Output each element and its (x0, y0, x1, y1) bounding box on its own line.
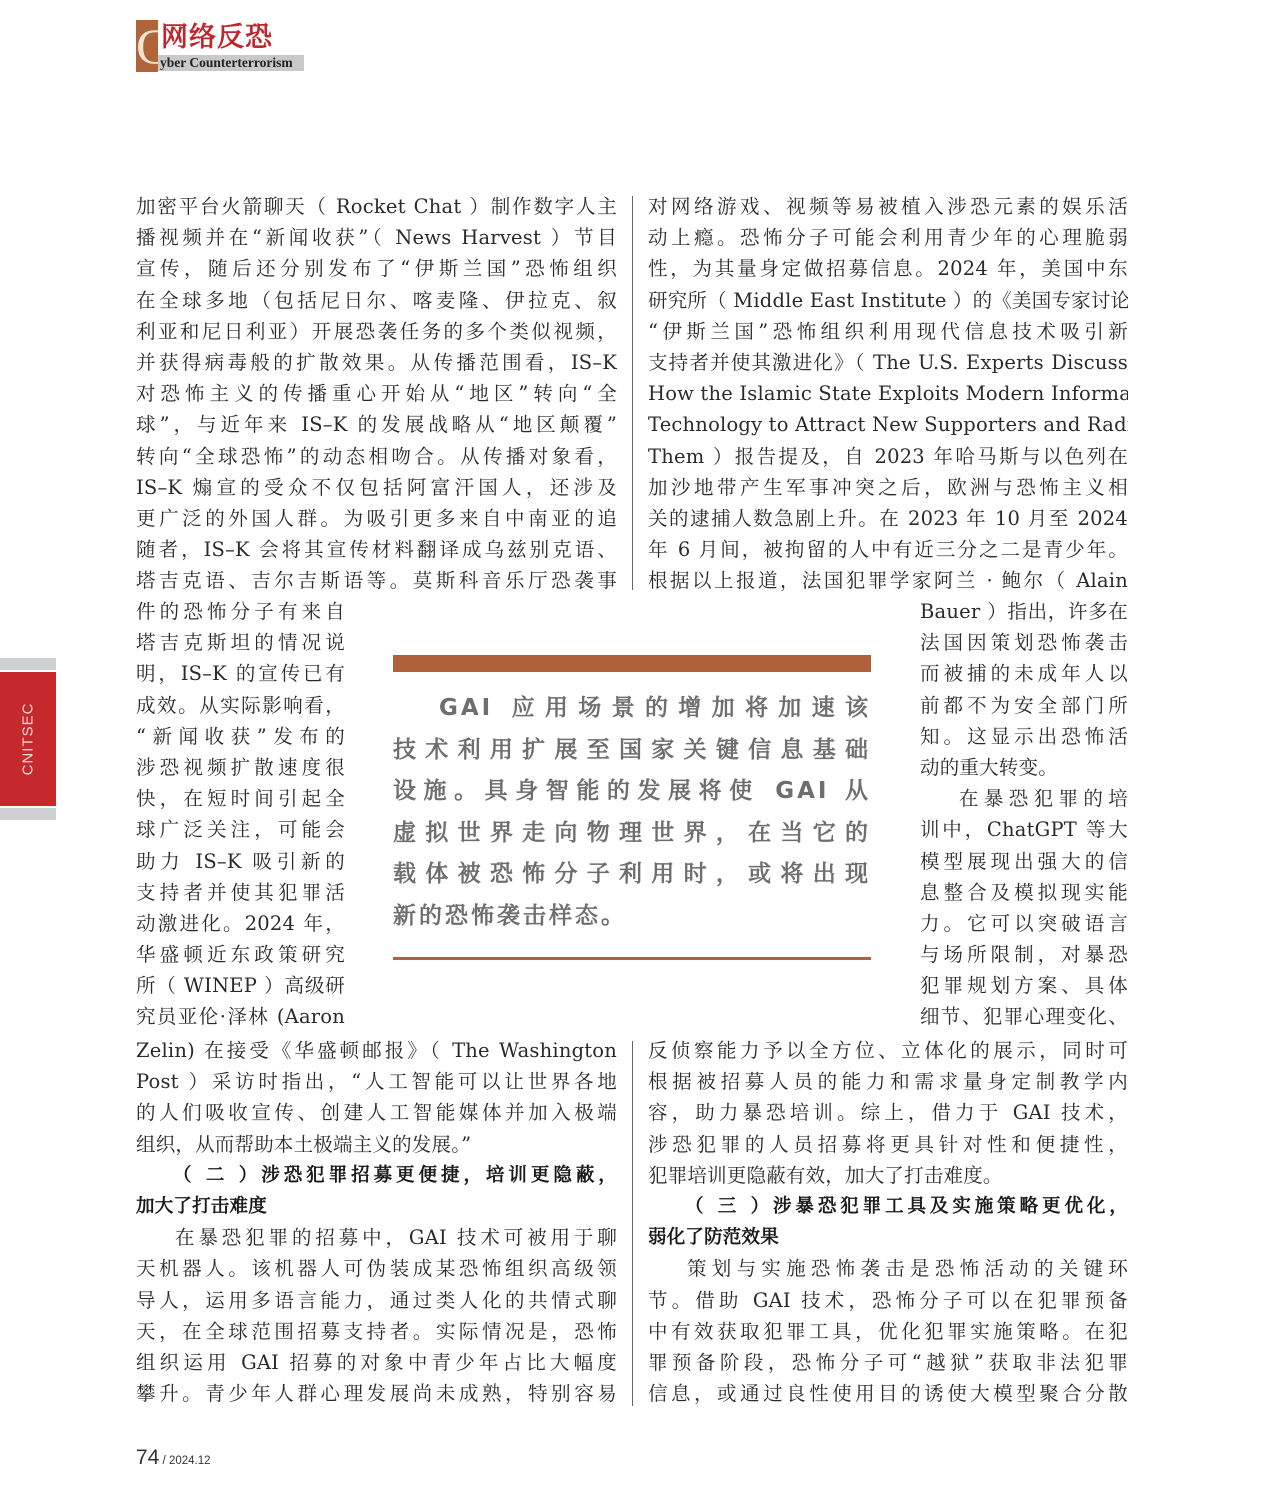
text-line: 支持者并使其犯罪活 (136, 877, 345, 908)
text-line: 罪预备阶段，恐怖分子可“越狱”获取非法犯罪 (648, 1347, 1128, 1378)
right-column-top: 对网络游戏、视频等易被植入涉恐元素的娱乐活动上瘾。恐怖分子可能会利用青少年的心理… (648, 191, 1128, 596)
text-line: （ 三 ）涉暴恐犯罪工具及实施策略更优化， (648, 1191, 1128, 1222)
text-line: 犯罪规划方案、具体 (920, 970, 1128, 1001)
column-divider (632, 1041, 633, 1406)
left-column-bottom: Zelin) 在接受《华盛顿邮报》（ The WashingtonPost ）采… (136, 1035, 617, 1409)
text-line: 组织，从而帮助本土极端主义的发展。” (136, 1129, 617, 1160)
text-line: 根据以上报道，法国犯罪学家阿兰 · 鲍尔（ Alain (648, 565, 1128, 596)
text-line: 球广泛关注，可能会 (136, 814, 345, 845)
text-line: 所（ WINEP ）高级研 (136, 970, 345, 1001)
text-line: 关的逮捕人数急剧上升。在 2023 年 10 月至 2024 (648, 503, 1128, 534)
left-column-top: 加密平台火箭聊天（ Rocket Chat ）制作数字人主播视频并在“新闻收获”… (136, 191, 617, 596)
text-line: 对恐怖主义的传播重心开始从“地区”转向“全 (136, 378, 617, 409)
text-line: Zelin) 在接受《华盛顿邮报》（ The Washington (136, 1035, 617, 1066)
side-tab-red-block: CNITSEC (0, 672, 56, 806)
text-line: How the Islamic State Exploits Modern In… (648, 378, 1128, 409)
text-line: 宣传，随后还分别发布了“伊斯兰国”恐怖组织 (136, 253, 617, 284)
page-number: 74 (136, 1446, 159, 1469)
right-column-bottom: 反侦察能力予以全方位、立体化的展示，同时可根据被招募人员的能力和需求量身定制教学… (648, 1035, 1128, 1409)
section-title-cn: 网络反恐 (161, 22, 273, 54)
text-line: 弱化了防范效果 (648, 1222, 1128, 1253)
text-line: 究员亚伦·泽林 (Aaron (136, 1001, 345, 1032)
right-column-narrow: Bauer ）指出，许多在法国因策划恐怖袭击而被捕的未成年人以前都不为安全部门所… (920, 596, 1128, 1033)
text-line: 助力 IS–K 吸引新的 (136, 846, 345, 877)
left-column-narrow: 件的恐怖分子有来自塔吉克斯坦的情况说明，IS–K 的宣传已有成效。从实际影响看，… (136, 596, 345, 1033)
issue-date: / 2024.12 (159, 1455, 210, 1467)
text-line: Them ）报告提及，自 2023 年哈马斯与以色列在 (648, 441, 1128, 472)
text-line: 设施。具身智能的发展将使 GAI 从 (393, 771, 871, 813)
text-line: 与场所限制，对暴恐 (920, 939, 1128, 970)
text-line: 涉恐犯罪的人员招募将更具针对性和便捷性， (648, 1129, 1128, 1160)
text-line: 更广泛的外国人群。为吸引更多来自中南亚的追 (136, 503, 617, 534)
text-line: 组织运用 GAI 招募的对象中青少年占比大幅度 (136, 1347, 617, 1378)
text-line: 塔吉克斯坦的情况说 (136, 627, 345, 658)
text-line: 攀升。青少年人群心理发展尚未成熟，特别容易 (136, 1378, 617, 1409)
text-line: （ 二 ）涉恐犯罪招募更便捷，培训更隐蔽， (136, 1160, 617, 1191)
text-line: 息整合及模拟现实能 (920, 877, 1128, 908)
page-footer: 74 / 2024.12 (136, 1446, 211, 1470)
text-line: 天，在全球范围招募支持者。实际情况是，恐怖 (136, 1316, 617, 1347)
text-line: 策划与实施恐怖袭击是恐怖活动的关键环 (648, 1253, 1128, 1284)
side-tab: CNITSEC (0, 658, 56, 820)
text-line: 研究所（ Middle East Institute ）的《美国专家讨论 (648, 285, 1128, 316)
text-line: 涉恐视频扩散速度很 (136, 752, 345, 783)
text-line: 知。这显示出恐怖活 (920, 721, 1128, 752)
side-tab-grey-bar (0, 808, 56, 820)
side-tab-grey-bar (0, 658, 56, 670)
text-line: 并获得病毒般的扩散效果。从传播范围看，IS–K (136, 347, 617, 378)
text-line: Bauer ）指出，许多在 (920, 596, 1128, 627)
text-line: 而被捕的未成年人以 (920, 658, 1128, 689)
text-line: 动上瘾。恐怖分子可能会利用青少年的心理脆弱 (648, 222, 1128, 253)
text-line: 导人，运用多语言能力，通过类人化的共情式聊 (136, 1285, 617, 1316)
text-line: GAI 应用场景的增加将加速该 (393, 688, 871, 730)
text-line: 件的恐怖分子有来自 (136, 596, 345, 627)
text-line: 华盛顿近东政策研究 (136, 939, 345, 970)
text-line: 球”，与近年来 IS–K 的发展战略从“地区颠覆” (136, 409, 617, 440)
pull-quote-text: GAI 应用场景的增加将加速该技术利用扩展至国家关键信息基础设施。具身智能的发展… (393, 688, 871, 937)
text-line: “新闻收获”发布的 (136, 721, 345, 752)
text-line: 年 6 月间，被拘留的人中有近三分之二是青少年。 (648, 534, 1128, 565)
text-line: 支持者并使其激进化》（ The U.S. Experts Discuss (648, 347, 1128, 378)
magazine-section-logo: C 网络反恐 yber Counterterrorism (136, 20, 306, 72)
text-line: 反侦察能力予以全方位、立体化的展示，同时可 (648, 1035, 1128, 1066)
text-line: 节。借助 GAI 技术，恐怖分子可以在犯罪预备 (648, 1285, 1128, 1316)
text-line: 虚拟世界走向物理世界，在当它的 (393, 813, 871, 855)
text-line: 随者，IS–K 会将其宣传材料翻译成乌兹别克语、 (136, 534, 617, 565)
logo-letter-c: C (136, 20, 158, 72)
text-line: 法国因策划恐怖袭击 (920, 627, 1128, 658)
text-line: 动激进化。2024 年， (136, 908, 345, 939)
text-line: 动的重大转变。 (920, 752, 1128, 783)
text-line: 在暴恐犯罪的招募中，GAI 技术可被用于聊 (136, 1222, 617, 1253)
text-line: 技术利用扩展至国家关键信息基础 (393, 730, 871, 772)
text-line: IS–K 煽宣的受众不仅包括阿富汗国人，还涉及 (136, 472, 617, 503)
text-line: 载体被恐怖分子利用时，或将出现 (393, 854, 871, 896)
text-line: “伊斯兰国”恐怖组织利用现代信息技术吸引新 (648, 316, 1128, 347)
text-line: 播视频并在“新闻收获”（ News Harvest ）节目 (136, 222, 617, 253)
text-line: 加密平台火箭聊天（ Rocket Chat ）制作数字人主 (136, 191, 617, 222)
text-line: 快，在短时间引起全 (136, 783, 345, 814)
text-line: 利亚和尼日利亚）开展恐袭任务的多个类似视频， (136, 316, 617, 347)
text-line: 中有效获取犯罪工具，优化犯罪实施策略。在犯 (648, 1316, 1128, 1347)
text-line: 加大了打击难度 (136, 1191, 617, 1222)
text-line: 性，为其量身定做招募信息。2024 年，美国中东 (648, 253, 1128, 284)
text-line: Technology to Attract New Supporters and… (648, 409, 1128, 440)
text-line: 明，IS–K 的宣传已有 (136, 658, 345, 689)
text-line: 成效。从实际影响看， (136, 690, 345, 721)
pull-quote: GAI 应用场景的增加将加速该技术利用扩展至国家关键信息基础设施。具身智能的发展… (393, 655, 871, 961)
text-line: 犯罪培训更隐蔽有效，加大了打击难度。 (648, 1160, 1128, 1191)
text-line: 训中，ChatGPT 等大 (920, 814, 1128, 845)
section-title-en: yber Counterterrorism (158, 55, 304, 71)
text-line: 容，助力暴恐培训。综上，借力于 GAI 技术， (648, 1097, 1128, 1128)
column-divider (632, 196, 633, 590)
text-line: 新的恐怖袭击样态。 (393, 896, 871, 938)
text-line: 在全球多地（包括尼日尔、喀麦隆、伊拉克、叙 (136, 285, 617, 316)
pull-quote-bottom-rule (393, 957, 871, 960)
text-line: 力。它可以突破语言 (920, 908, 1128, 939)
text-line: 在暴恐犯罪的培 (920, 783, 1128, 814)
text-line: 天机器人。该机器人可伪装成某恐怖组织高级领 (136, 1253, 617, 1284)
text-line: 转向“全球恐怖”的动态相吻合。从传播对象看， (136, 441, 617, 472)
text-line: Post ）采访时指出，“人工智能可以让世界各地 (136, 1066, 617, 1097)
text-line: 根据被招募人员的能力和需求量身定制教学内 (648, 1066, 1128, 1097)
text-line: 的人们吸收宣传、创建人工智能媒体并加入极端 (136, 1097, 617, 1128)
pull-quote-top-bar (393, 655, 871, 672)
text-line: 信息，或通过良性使用目的诱使大模型聚合分散 (648, 1378, 1128, 1409)
text-line: 模型展现出强大的信 (920, 846, 1128, 877)
text-line: 塔吉克语、吉尔吉斯语等。莫斯科音乐厅恐袭事 (136, 565, 617, 596)
side-tab-label: CNITSEC (20, 703, 37, 776)
text-line: 对网络游戏、视频等易被植入涉恐元素的娱乐活 (648, 191, 1128, 222)
text-line: 加沙地带产生军事冲突之后，欧洲与恐怖主义相 (648, 472, 1128, 503)
text-line: 前都不为安全部门所 (920, 690, 1128, 721)
text-line: 细节、犯罪心理变化、 (920, 1001, 1128, 1032)
